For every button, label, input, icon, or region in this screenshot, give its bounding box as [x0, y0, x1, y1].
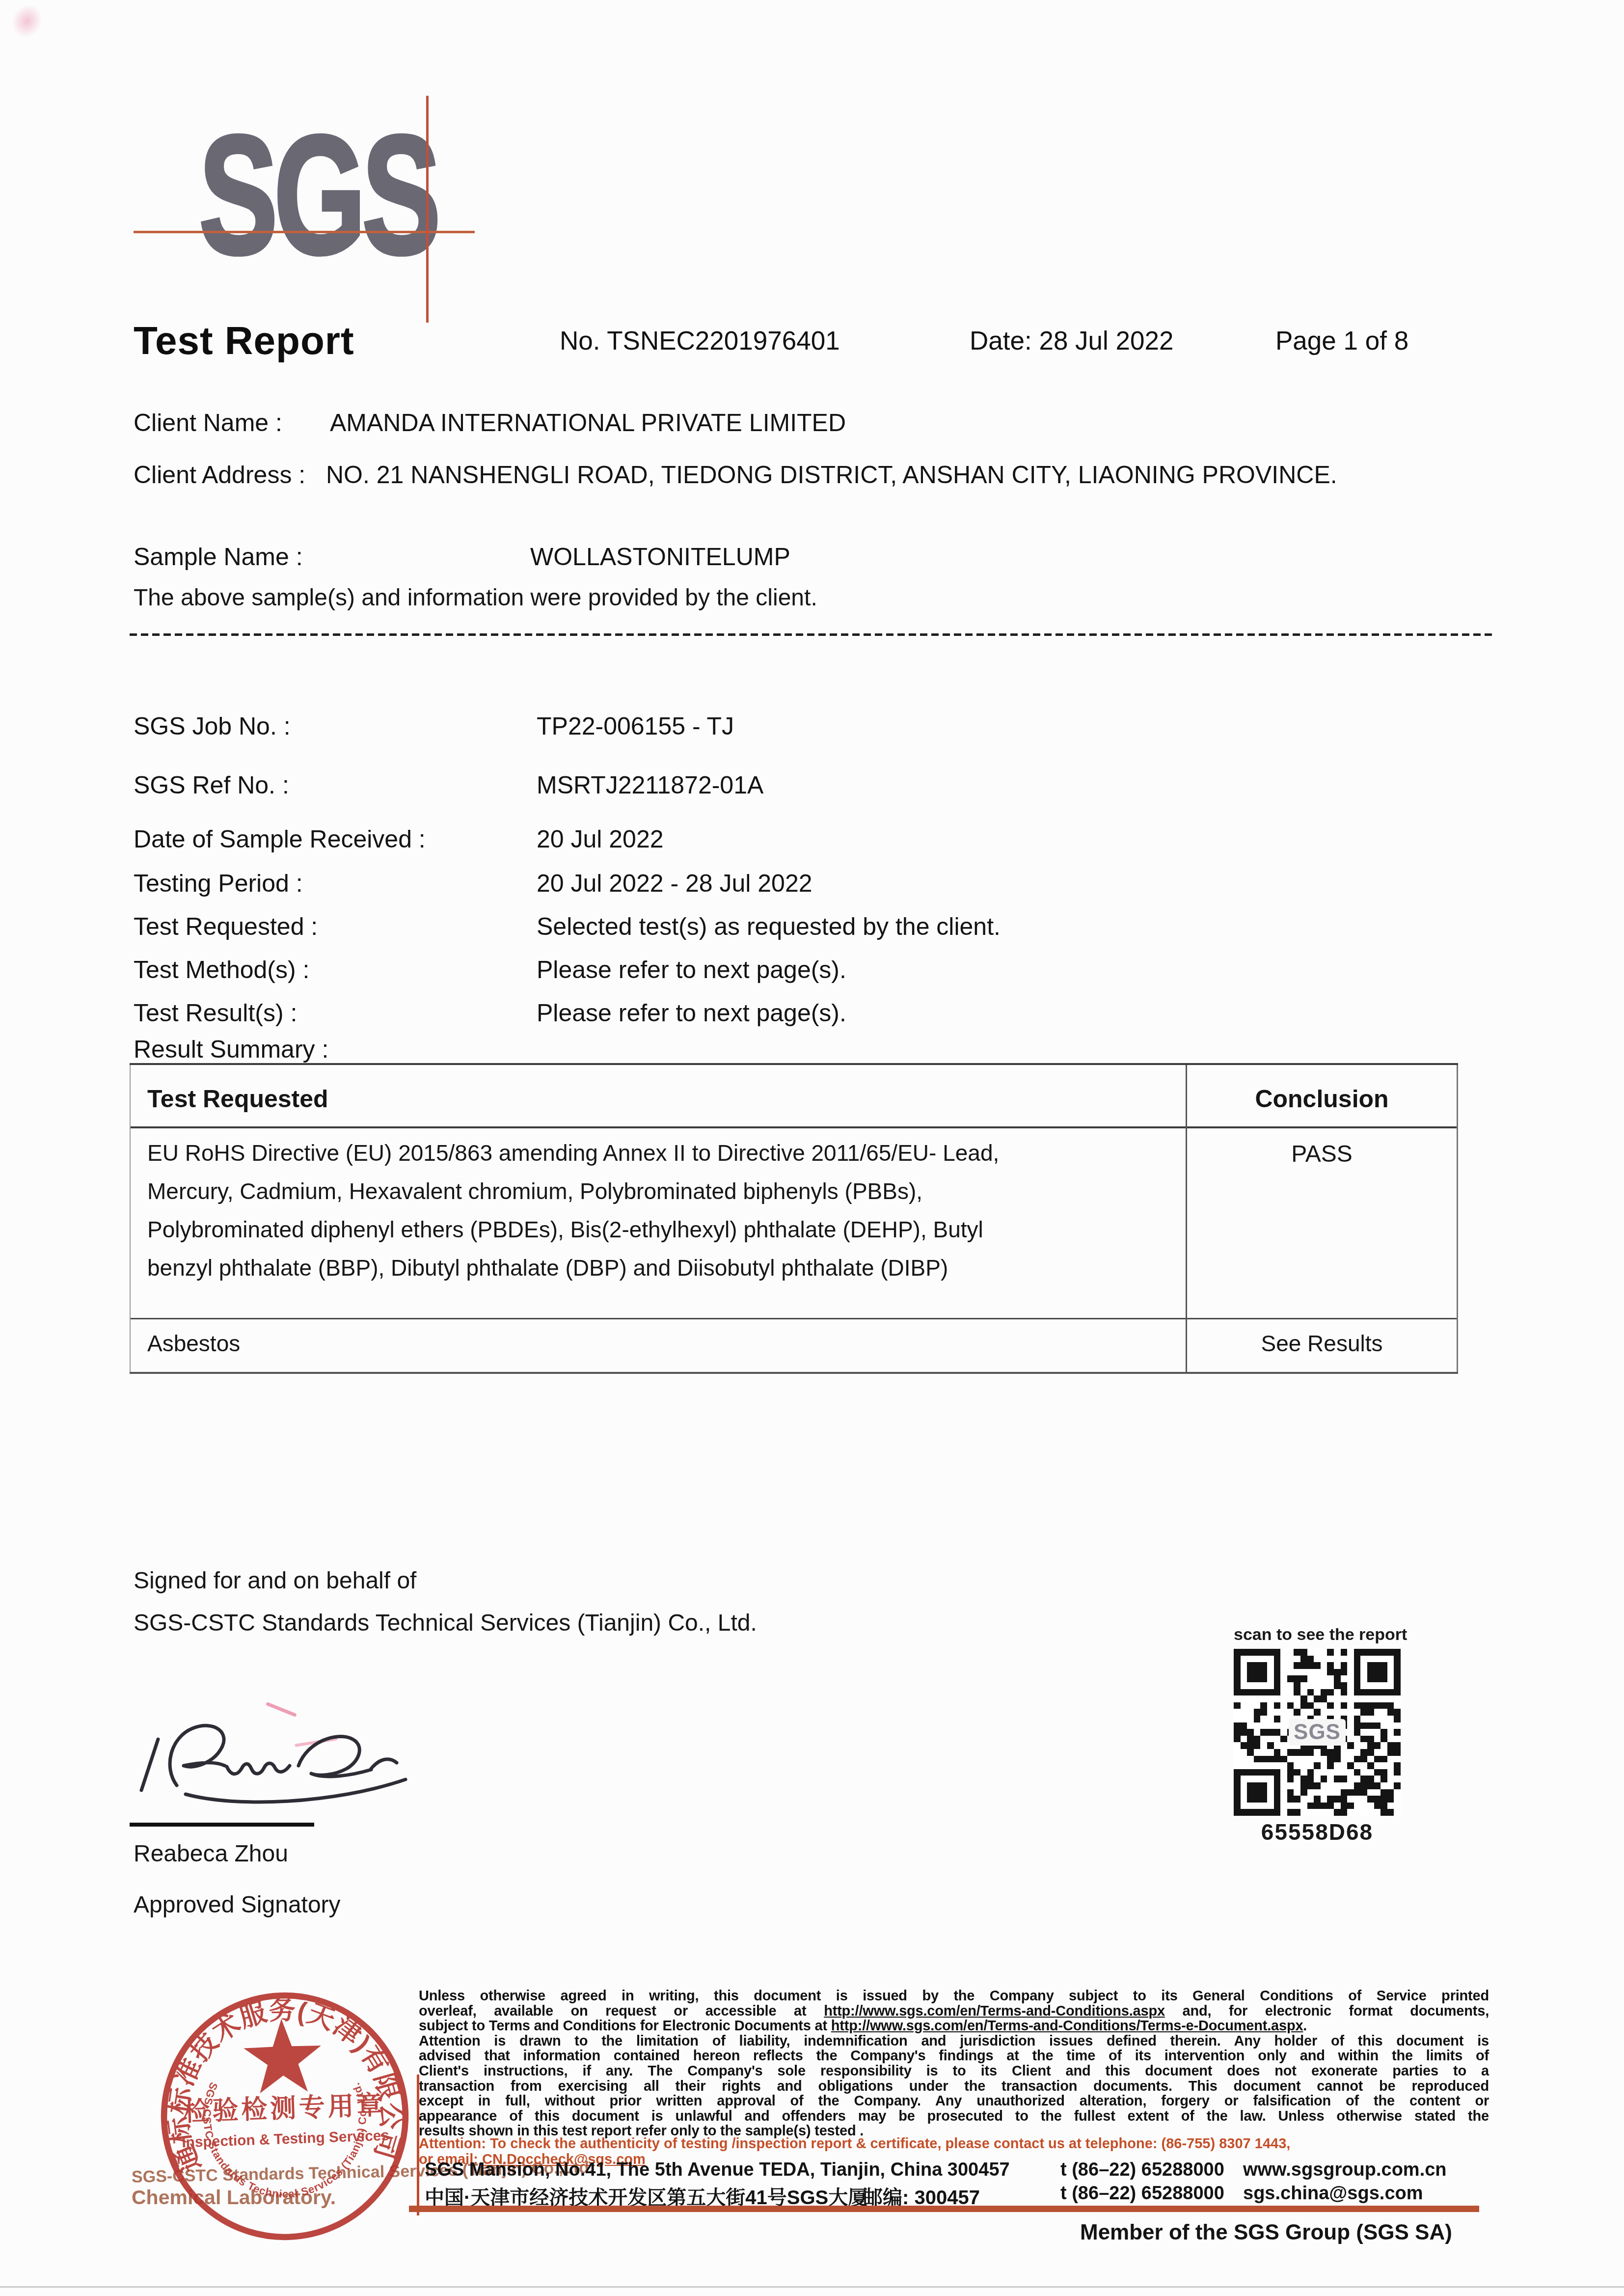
table-header-underline	[130, 1126, 1458, 1128]
qr-caption: scan to see the report	[1234, 1625, 1401, 1644]
table-row-conclusion: PASS	[1186, 1135, 1458, 1174]
logo-crosshair-vertical	[426, 96, 429, 323]
logo-crosshair-horizontal	[134, 231, 475, 233]
table-header-test-requested: Test Requested	[147, 1085, 328, 1113]
disclaimer-lines: Unless otherwise agreed in writing, this…	[419, 1989, 1489, 2139]
detail-value: Selected test(s) as requested by the cli…	[537, 912, 1001, 941]
detail-label: Date of Sample Received :	[134, 825, 426, 853]
fine-print-line: Attention: To check the authenticity of …	[419, 2136, 1290, 2152]
signatory-name: Reabeca Zhou	[134, 1840, 288, 1867]
client-address-label: Client Address :	[134, 461, 305, 489]
detail-label: SGS Ref No. :	[134, 771, 289, 799]
table-row-conclusion: See Results	[1186, 1324, 1458, 1363]
sample-note: The above sample(s) and information were…	[134, 584, 817, 611]
qr-center-logo: SGS	[1289, 1719, 1346, 1746]
fine-print-line: overleaf, available on request or access…	[419, 2004, 1489, 2019]
detail-value: 20 Jul 2022 - 28 Jul 2022	[537, 869, 812, 898]
client-name-value: AMANDA INTERNATIONAL PRIVATE LIMITED	[330, 409, 846, 437]
red-company-seal: 通标标准技术服务(天津)有限公司 SGS-CSTC Standards Tech…	[152, 1984, 417, 2249]
fine-print-line: appearance of this document is unlawful …	[419, 2109, 1489, 2124]
fine-print-line: subject to Terms and Conditions for Elec…	[419, 2019, 1489, 2034]
detail-label: Test Method(s) :	[134, 956, 309, 984]
table-row-divider	[130, 1318, 1458, 1319]
report-number: No. TSNEC2201976401	[560, 326, 840, 356]
detail-value: Please refer to next page(s).	[537, 956, 846, 984]
email: sgs.china@sgs.com	[1243, 2183, 1423, 2204]
fine-print-line: Unless otherwise agreed in writing, this…	[419, 1989, 1489, 2004]
table-header-conclusion: Conclusion	[1186, 1085, 1458, 1113]
result-summary-title: Result Summary :	[134, 1035, 328, 1064]
address-english: SGS Mansion, No.41, The 5th Avenue TEDA,…	[425, 2159, 1010, 2181]
detail-value: 20 Jul 2022	[537, 825, 664, 853]
page-title: Test Report	[134, 318, 354, 363]
scanner-edge-line	[0, 2286, 1624, 2288]
qr-serial: 65558D68	[1234, 1819, 1401, 1845]
client-name-label: Client Name :	[134, 409, 282, 437]
qr-code: SGS	[1234, 1649, 1401, 1816]
scan-smudge	[6, 0, 49, 43]
detail-label: Test Result(s) :	[134, 999, 297, 1027]
detail-label: SGS Job No. :	[134, 712, 291, 740]
detail-value: MSRTJ2211872-01A	[537, 771, 763, 799]
fine-print-line: Attention is drawn to the limitation of …	[419, 2034, 1489, 2049]
page-indicator: Page 1 of 8	[1275, 326, 1408, 356]
phone-row2: t (86–22) 65288000	[1060, 2183, 1224, 2204]
sgs-logo: SGS	[199, 110, 437, 280]
handwritten-signature	[128, 1689, 442, 1827]
report-date: Date: 28 Jul 2022	[970, 326, 1173, 356]
signing-company-line: SGS-CSTC Standards Technical Services (T…	[134, 1610, 757, 1637]
table-row-test: EU RoHS Directive (EU) 2015/863 amending…	[147, 1134, 1021, 1287]
footer-red-rule	[409, 2206, 1479, 2212]
sample-name-value: WOLLASTONITELUMP	[530, 543, 790, 571]
table-left-border	[130, 1065, 131, 1372]
signature-rule	[130, 1823, 314, 1827]
website: www.sgsgroup.com.cn	[1243, 2159, 1447, 2181]
client-address-value: NO. 21 NANSHENGLI ROAD, TIEDONG DISTRICT…	[326, 461, 1337, 489]
result-summary-table: Test Requested Conclusion EU RoHS Direct…	[130, 1063, 1458, 1374]
footer-vertical-rule	[417, 2075, 419, 2215]
signatory-role: Approved Signatory	[134, 1891, 341, 1918]
sample-name-label: Sample Name :	[134, 543, 303, 571]
dashed-divider	[130, 633, 1492, 636]
member-line: Member of the SGS Group (SGS SA)	[1080, 2220, 1452, 2245]
detail-value: TP22-006155 - TJ	[537, 712, 734, 740]
fine-print-line: advised that information contained hereo…	[419, 2049, 1489, 2064]
fine-print-line: transaction from exercising all their ri…	[419, 2079, 1489, 2094]
table-row-test: Asbestos	[147, 1324, 240, 1363]
phone-row1: t (86–22) 65288000	[1060, 2159, 1224, 2181]
scanned-test-report-page: { "colors":{ "logo_gray":"#696873", "acc…	[0, 0, 1624, 2296]
fine-print-line: Client's instructions, if any. The Compa…	[419, 2064, 1489, 2079]
signed-for-line: Signed for and on behalf of	[134, 1567, 416, 1594]
detail-value: Please refer to next page(s).	[537, 999, 846, 1027]
fine-print-line: except in full, without prior written ap…	[419, 2094, 1489, 2109]
detail-label: Test Requested :	[134, 912, 318, 941]
detail-label: Testing Period :	[134, 869, 303, 898]
